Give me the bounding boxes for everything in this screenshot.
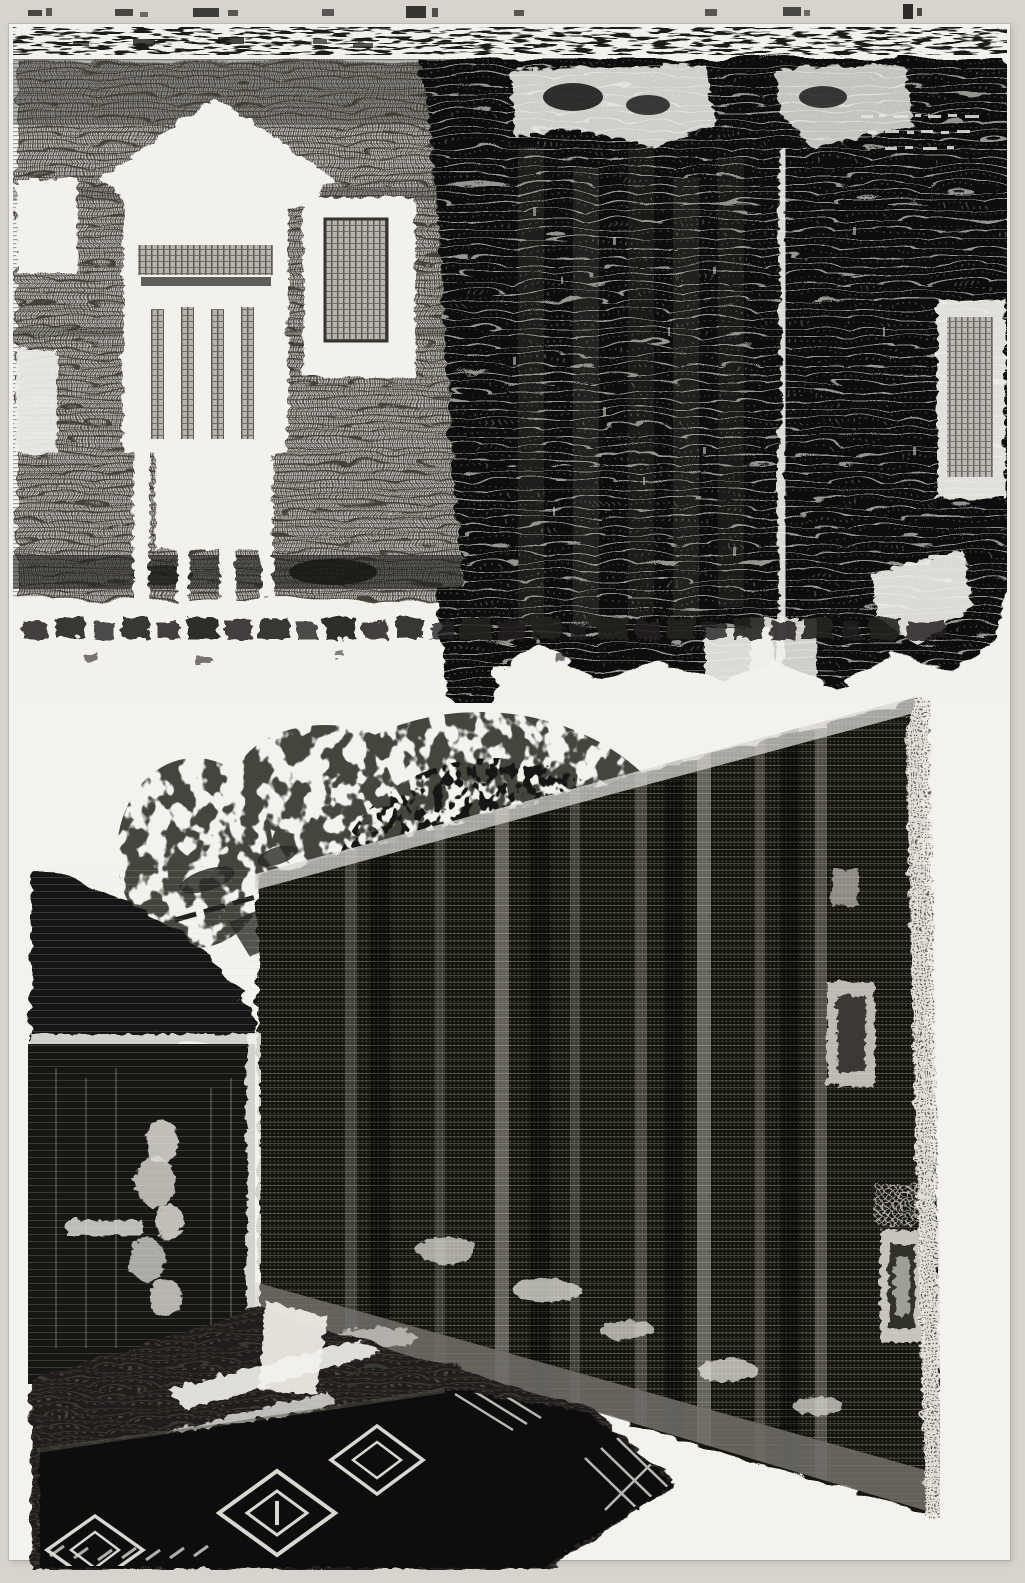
top-photo xyxy=(13,27,1007,703)
top-photo-speckle-band xyxy=(13,27,1007,55)
archway xyxy=(28,870,259,1384)
dark-paneled-wall xyxy=(415,55,1007,703)
scanned-page xyxy=(0,0,1025,1583)
pediment-doorway-area xyxy=(13,57,491,603)
right-window-panel xyxy=(947,317,993,477)
bottom-photo xyxy=(25,688,940,1570)
framed-panel xyxy=(325,219,387,341)
pier-wall-seam xyxy=(245,1030,259,1330)
top-edge-toner-marks xyxy=(0,0,1025,26)
sill-highlight xyxy=(65,1218,140,1234)
